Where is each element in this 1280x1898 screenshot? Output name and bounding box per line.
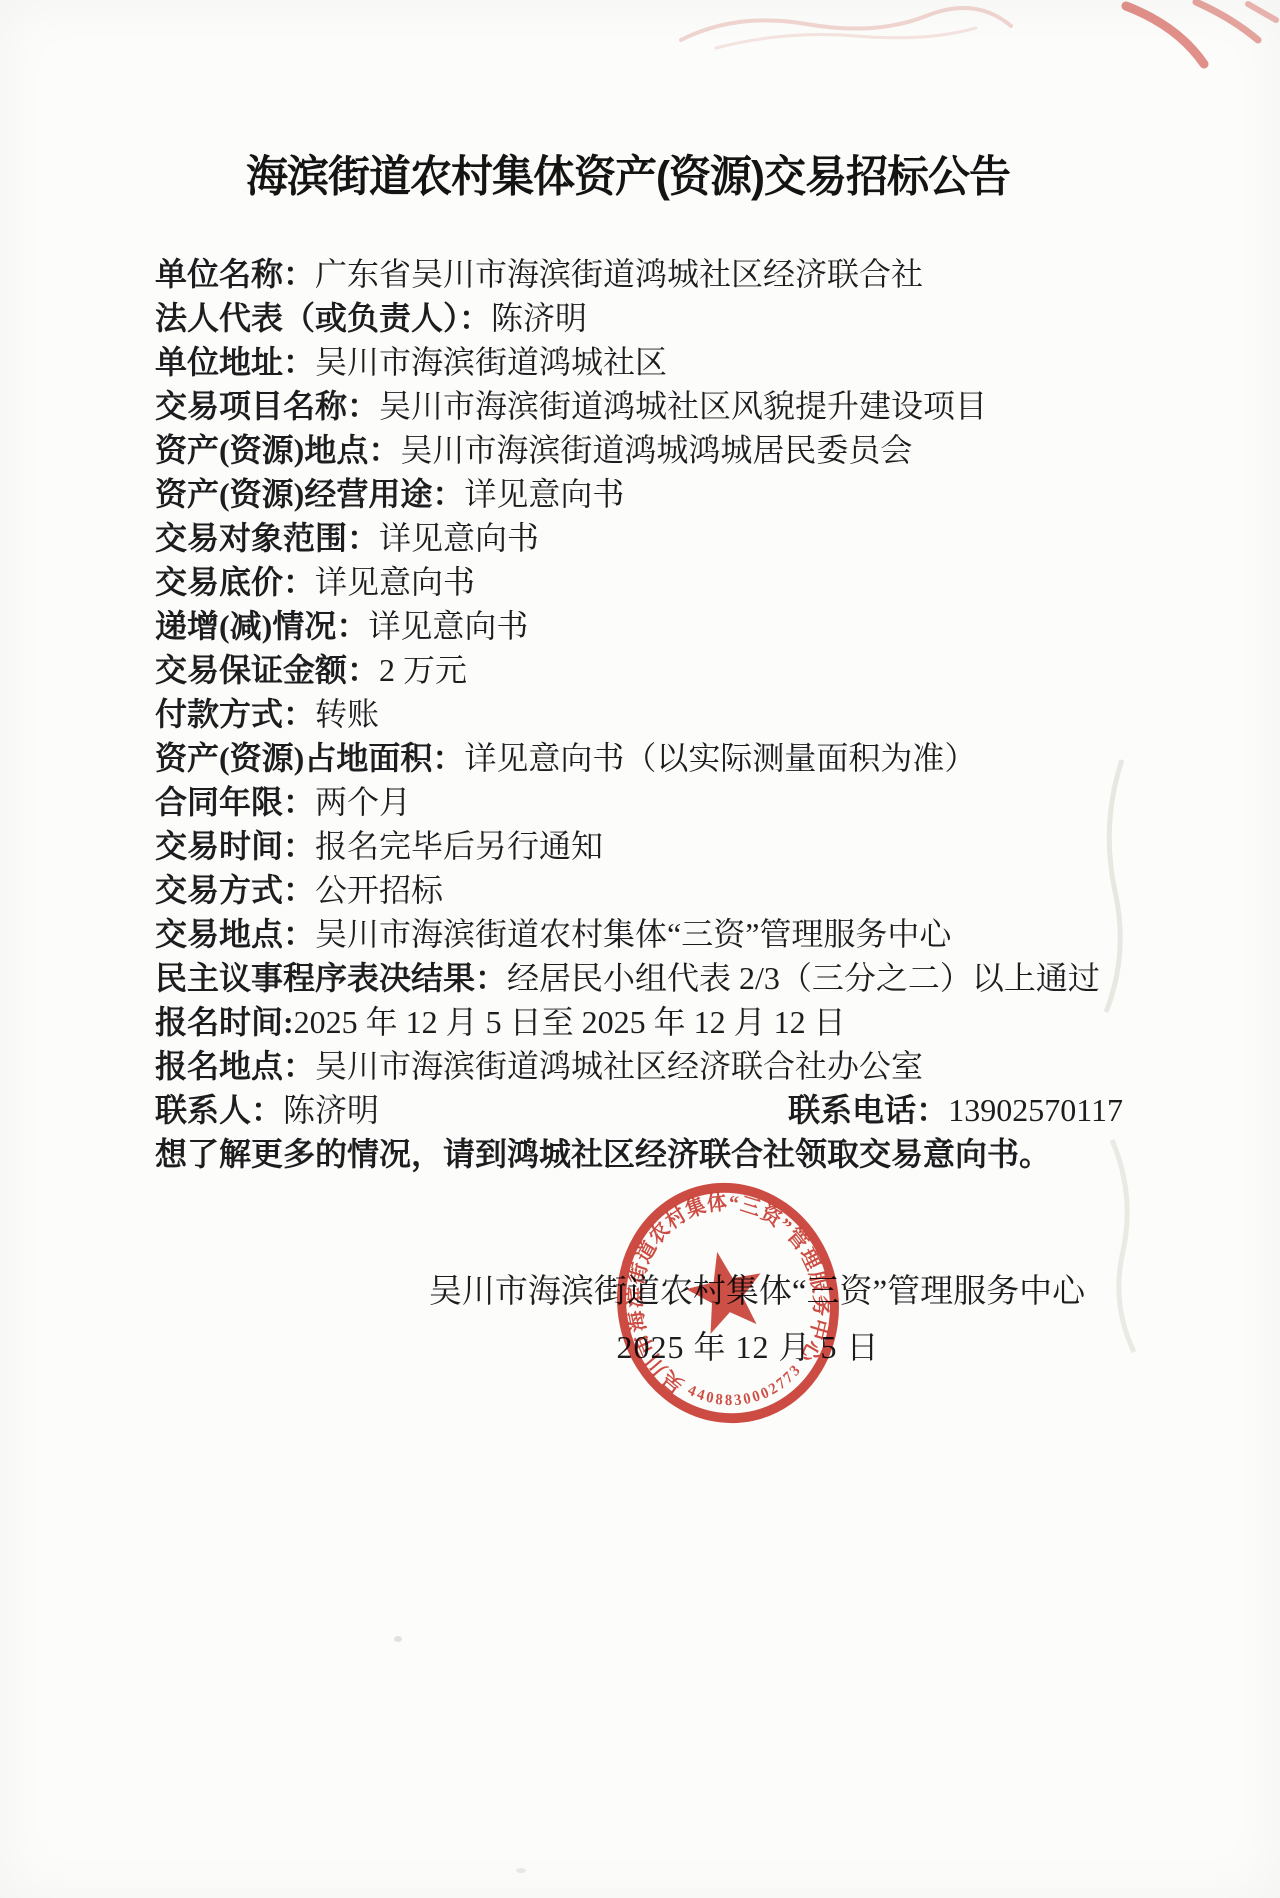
field-value: 陈济明 <box>491 300 587 336</box>
field-value: 经居民小组代表 2/3（三分之二）以上通过 <box>507 960 1100 996</box>
field-label: 递增(减)情况： <box>155 608 368 644</box>
scan-artifact-speck <box>516 1868 526 1873</box>
field-value: 公开招标 <box>315 872 443 908</box>
field-label: 资产(资源)经营用途： <box>155 476 464 512</box>
field-row: 付款方式：转账 <box>155 692 1155 736</box>
field-row: 递增(减)情况：详见意向书 <box>155 604 1155 648</box>
field-label: 报名地点： <box>155 1048 315 1084</box>
field-row: 报名地点：吴川市海滨街道鸿城社区经济联合社办公室 <box>155 1044 1155 1088</box>
field-value: 转账 <box>315 696 379 732</box>
contact-phone-value: 13902570117 <box>948 1092 1123 1128</box>
signature-organization: 吴川市海滨街道农村集体“三资”管理服务中心 <box>117 1265 1280 1312</box>
field-label: 交易地点： <box>155 916 315 952</box>
scan-artifact-speck <box>394 1636 402 1642</box>
field-value: 吴川市海滨街道鸿城鸿城居民委员会 <box>400 432 912 468</box>
field-row: 交易对象范围：详见意向书 <box>155 516 1155 560</box>
field-value: 详见意向书 <box>379 520 539 556</box>
field-label: 单位地址： <box>155 344 315 380</box>
field-label: 民主议事程序表决结果： <box>155 960 507 996</box>
closing-note: 想了解更多的情况，请到鸿城社区经济联合社领取交易意向书。 <box>155 1132 1155 1176</box>
field-value: 吴川市海滨街道农村集体“三资”管理服务中心 <box>315 916 951 952</box>
field-label: 交易对象范围： <box>155 520 379 556</box>
field-row: 民主议事程序表决结果：经居民小组代表 2/3（三分之二）以上通过 <box>155 956 1155 1000</box>
signature-date: 2025 年 12 月 5 日 <box>108 1322 1280 1368</box>
contact-phone-label: 联系电话： <box>788 1092 948 1128</box>
scan-artifact-red-smudge <box>676 2 1016 52</box>
field-value: 2 万元 <box>379 652 467 688</box>
field-value: 2025 年 12 月 5 日至 2025 年 12 月 12 日 <box>294 1004 846 1040</box>
field-value: 详见意向书 <box>464 476 624 512</box>
field-row: 法人代表（或负责人）：陈济明 <box>155 296 1155 340</box>
scanned-announcement-page: 海滨街道农村集体资产(资源)交易招标公告 单位名称：广东省吴川市海滨街道鸿城社区… <box>0 0 1280 1898</box>
field-label: 资产(资源)占地面积： <box>155 740 464 776</box>
field-row: 报名时间:2025 年 12 月 5 日至 2025 年 12 月 12 日 <box>155 1000 1155 1044</box>
field-row: 合同年限：两个月 <box>155 780 1155 824</box>
field-label: 交易底价： <box>155 564 315 600</box>
field-row: 资产(资源)地点：吴川市海滨街道鸿城鸿城居民委员会 <box>155 428 1155 472</box>
field-row: 交易地点：吴川市海滨街道农村集体“三资”管理服务中心 <box>155 912 1155 956</box>
field-value: 报名完毕后另行通知 <box>315 828 603 864</box>
field-label: 单位名称： <box>155 256 315 292</box>
contact-phone-group: 联系电话：13902570117 <box>788 1088 1155 1132</box>
field-value: 详见意向书 <box>368 608 528 644</box>
field-row: 单位名称：广东省吴川市海滨街道鸿城社区经济联合社 <box>155 252 1155 296</box>
field-row: 交易时间：报名完毕后另行通知 <box>155 824 1155 868</box>
field-label: 交易保证金额： <box>155 652 379 688</box>
field-row: 交易方式：公开招标 <box>155 868 1155 912</box>
page-title: 海滨街道农村集体资产(资源)交易招标公告 <box>0 143 1268 205</box>
field-row: 交易底价：详见意向书 <box>155 560 1155 604</box>
field-value: 详见意向书 <box>315 564 475 600</box>
field-label: 交易时间： <box>155 828 315 864</box>
field-row: 交易项目名称：吴川市海滨街道鸿城社区风貌提升建设项目 <box>155 384 1155 428</box>
field-label: 交易项目名称： <box>155 388 379 424</box>
field-label: 法人代表（或负责人）： <box>155 300 491 336</box>
field-label: 资产(资源)地点： <box>155 432 400 468</box>
field-value: 广东省吴川市海滨街道鸿城社区经济联合社 <box>315 256 923 292</box>
field-value: 吴川市海滨街道鸿城社区 <box>315 344 667 380</box>
field-label: 付款方式： <box>155 696 315 732</box>
contact-row: 联系人：陈济明 联系电话：13902570117 <box>155 1088 1155 1132</box>
field-row: 资产(资源)占地面积：详见意向书（以实际测量面积为准） <box>155 736 1155 780</box>
field-value: 详见意向书（以实际测量面积为准） <box>464 740 976 776</box>
contact-person-value: 陈济明 <box>283 1088 379 1132</box>
field-row: 交易保证金额：2 万元 <box>155 648 1155 692</box>
field-label: 合同年限： <box>155 784 315 820</box>
announcement-body: 单位名称：广东省吴川市海滨街道鸿城社区经济联合社 法人代表（或负责人）：陈济明 … <box>155 252 1155 1176</box>
field-row: 单位地址：吴川市海滨街道鸿城社区 <box>155 340 1155 384</box>
contact-person-label: 联系人： <box>155 1088 283 1132</box>
field-label: 交易方式： <box>155 872 315 908</box>
field-row: 资产(资源)经营用途：详见意向书 <box>155 472 1155 516</box>
scan-artifact-stamp-edge <box>1108 0 1280 92</box>
field-value: 吴川市海滨街道鸿城社区风貌提升建设项目 <box>379 388 987 424</box>
field-label: 报名时间: <box>155 1004 294 1040</box>
field-value: 吴川市海滨街道鸿城社区经济联合社办公室 <box>315 1048 923 1084</box>
field-value: 两个月 <box>315 784 411 820</box>
